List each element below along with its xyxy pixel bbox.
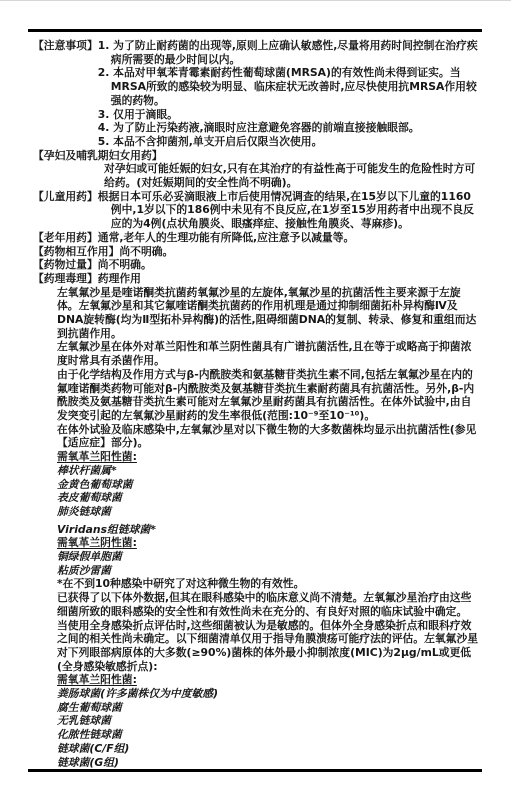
bacteria-name: 链球菌(C/F组) — [57, 742, 480, 756]
pharm-paragraph: 由于化学结构及作用方式与β-内酰胺类和氨基糖苷类抗生素不同,包括左氧氟沙星在内的… — [57, 368, 480, 423]
section-text: 尚不明确。 — [119, 245, 480, 259]
bacteria-name: 铜绿假单胞菌 — [57, 550, 480, 564]
section-pharmacology-toxicology: 【药理毒理】药理作用左氧氟沙星是喹诺酮类抗菌药氧氟沙星的左旋体,氧氟沙星的抗菌活… — [33, 272, 480, 769]
sections-container: 【注意事项】1. 为了防止耐药菌的出现等,原则上应确认敏感性,尽量将用药时间控制… — [33, 39, 480, 769]
document-body: 【注意事项】1. 为了防止耐药菌的出现等,原则上应确认敏感性,尽量将用药时间控制… — [33, 39, 480, 769]
section-content: 1. 为了防止耐药菌的出现等,原则上应确认敏感性,尽量将用药时间控制在治疗疾病所… — [98, 39, 480, 149]
bacteria-name: 腐生葡萄球菌 — [57, 701, 480, 715]
section-label: 【儿童用药】 — [33, 190, 98, 204]
notice-item: 1. 为了防止耐药菌的出现等,原则上应确认敏感性,尽量将用药时间控制在治疗疾病所… — [98, 39, 480, 66]
section-pregnancy-nursing: 【孕妇及哺乳期妇女用药】对孕妇或可能妊娠的妇女,只有在其治疗的有益性高于可能发生… — [33, 149, 480, 190]
bacteria-name: 粘质沙雷菌 — [57, 564, 480, 578]
bacteria-name: 棒状杆菌属* — [57, 464, 480, 478]
notice-item: 3. 仅用于滴眼。 — [98, 108, 480, 122]
footnote: *在不到10种感染中研究了对这种微生物的有效性。 — [57, 577, 480, 591]
bottom-divider-rule — [28, 769, 482, 772]
bacteria-name: 粪肠球菌(许多菌株仅为中度敏感) — [57, 687, 480, 701]
pharm-body: 左氧氟沙星是喹诺酮类抗菌药氧氟沙星的左旋体,氧氟沙星的抗菌活性主要来源于左旋体。… — [57, 286, 480, 770]
notice-item: 5. 本品不含抑菌剂,单支开启后仅限当次使用。 — [98, 135, 480, 149]
bacteria-name: 肺炎链球菌 — [57, 505, 480, 519]
section-label: 【药物相互作用】 — [33, 245, 119, 259]
bacteria-name: Viridans组链球菌* — [57, 523, 480, 537]
pharm-paragraph: 当使用全身感染折点评估时,这些细菌被认为是敏感的。但体外全身感染折点和眼科疗效之… — [57, 619, 480, 674]
bacteria-name: 化脓性链球菌 — [57, 728, 480, 742]
section-text: 根据日本可乐必妥滴眼液上市后使用情况调查的结果,在15岁以下儿童的1160例中,… — [98, 190, 480, 231]
section-overdose: 【药物过量】尚不明确。 — [33, 258, 480, 272]
pharm-paragraph: 左氧氟沙星在体外对革兰阳性和革兰阴性菌具有广谱抗菌活性,且在等于或略高于抑菌浓度… — [57, 340, 480, 367]
pharm-subtitle: 药理作用 — [98, 272, 141, 286]
section-precautions: 【注意事项】1. 为了防止耐药菌的出现等,原则上应确认敏感性,尽量将用药时间控制… — [33, 39, 480, 149]
section-label: 【孕妇及哺乳期妇女用药】 — [33, 149, 480, 163]
top-divider-rule — [28, 29, 482, 32]
section-drug-interactions: 【药物相互作用】尚不明确。 — [33, 245, 480, 259]
bacteria-name: 金黄色葡萄球菌 — [57, 478, 480, 492]
bacteria-name: 无乳链球菌 — [57, 714, 480, 728]
section-text: 尚不明确。 — [98, 258, 480, 272]
bacteria-name: 表皮葡萄球菌 — [57, 491, 480, 505]
pharm-paragraph: 左氧氟沙星是喹诺酮类抗菌药氧氟沙星的左旋体,氧氟沙星的抗菌活性主要来源于左旋体。… — [57, 286, 480, 341]
notice-item: 4. 为了防止污染药液,滴眼时应注意避免容器的前端直接接触眼部。 — [98, 121, 480, 135]
bacteria-name: 链球菌(G组) — [57, 756, 480, 770]
pharm-paragraph: 在体外试验及临床感染中,左氧氟沙星对以下微生物的大多数菌株均显示出抗菌活性(参见… — [57, 423, 480, 450]
bacteria-group-heading: 需氧革兰阳性菌: — [57, 673, 480, 687]
bacteria-group-heading: 需氧革兰阴性菌: — [57, 536, 480, 550]
section-label: 【老年用药】 — [33, 231, 98, 245]
package-insert-page: 【注意事项】1. 为了防止耐药菌的出现等,原则上应确认敏感性,尽量将用药时间控制… — [0, 0, 511, 794]
notice-item: 2. 本品对甲氧苯青霉素耐药性葡萄球菌(MRSA)的有效性尚未得到证实。当MRS… — [98, 66, 480, 107]
section-paragraph: 对孕妇或可能妊娠的妇女,只有在其治疗的有益性高于可能发生的危险性时方可给药。(对… — [104, 162, 480, 189]
section-label: 【药理毒理】 — [33, 272, 98, 286]
section-text: 通常,老年人的生理功能有所降低,应注意予以减量等。 — [98, 231, 480, 245]
pharm-paragraph: 已获得了以下体外数据,但其在眼科感染中的临床意义尚不清楚。左氧氟沙星治疗由这些细… — [57, 591, 480, 618]
section-label: 【药物过量】 — [33, 258, 98, 272]
section-label: 【注意事项】 — [33, 39, 98, 53]
section-geriatric-use: 【老年用药】通常,老年人的生理功能有所降低,应注意予以减量等。 — [33, 231, 480, 245]
section-pediatric-use: 【儿童用药】根据日本可乐必妥滴眼液上市后使用情况调查的结果,在15岁以下儿童的1… — [33, 190, 480, 231]
bacteria-group-heading: 需氧革兰阳性菌: — [57, 450, 480, 464]
